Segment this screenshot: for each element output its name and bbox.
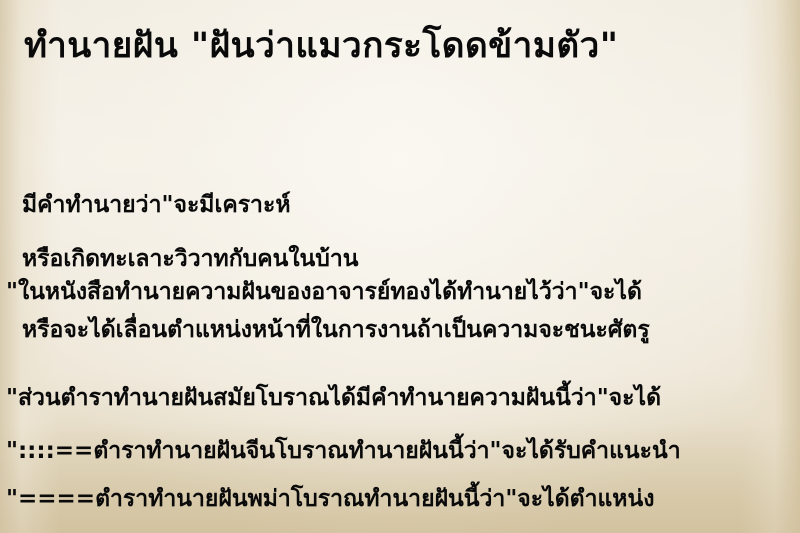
interpretation-line-7: "====ตำราทำนายฝันพม่าโบราณทำนายฝันนี้ว่า… (6, 484, 654, 514)
interpretation-line-6: "::::==ตำราทำนายฝันจีนโบราณทำนายฝันนี้ว่… (6, 436, 681, 466)
interpretation-line-1: มีคำทำนายว่า"จะมีเคราะห์ (22, 190, 291, 220)
interpretation-line-2: หรือเกิดทะเลาะวิวาทกับคนในบ้าน (22, 244, 359, 274)
page-title: ทำนายฝัน "ฝันว่าแมวกระโดดข้ามตัว" (24, 18, 619, 73)
interpretation-line-5: "ส่วนตำราทำนายฝันสมัยโบราณได้มีคำทำนายคว… (6, 383, 661, 413)
interpretation-line-4: หรือจะได้เลื่อนตำแหน่งหน้าที่ในการงานถ้า… (22, 315, 650, 345)
interpretation-line-3: "ในหนังสือทำนายความฝันของอาจารย์ทองได้ทำ… (6, 277, 642, 307)
